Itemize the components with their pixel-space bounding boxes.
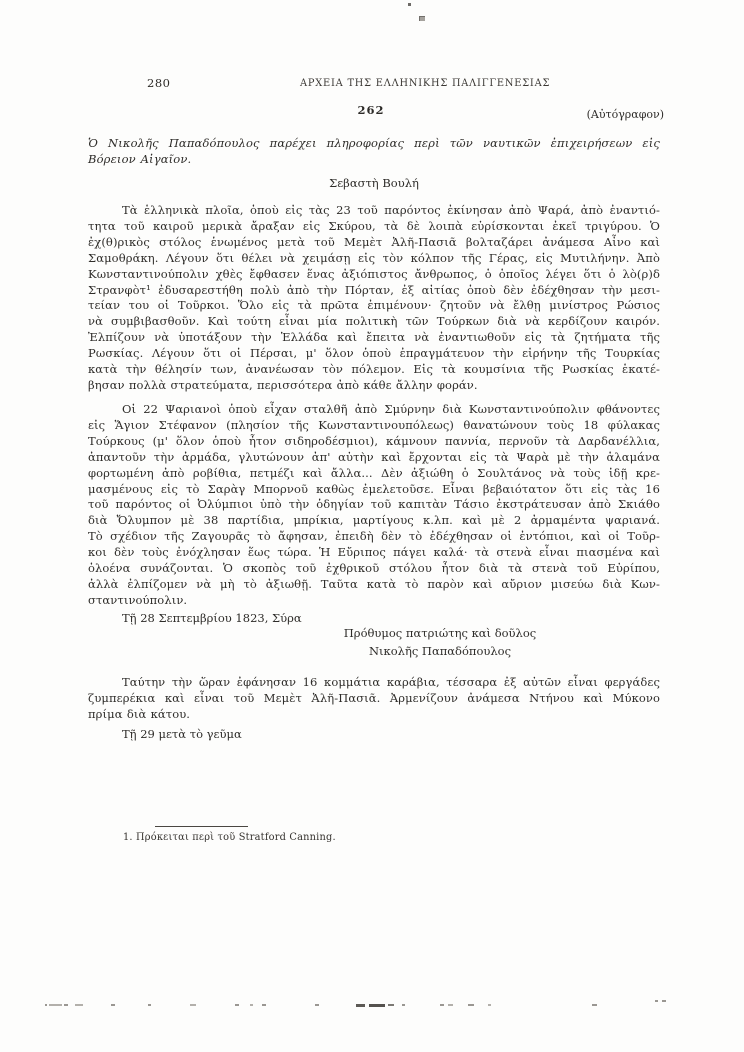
text-line: τοῦ παρόντος οἱ Ὀλύμπιοι ὑπὸ τὴν ὁδηγίαν… (88, 497, 660, 513)
text-line: ἐχ(θ)ρικὸς στόλος ἑνωμένος μετὰ τοῦ Μεμὲ… (88, 235, 660, 251)
text-line: τητα τοῦ καιροῦ μερικὰ ἄραξαν εἰς Σκύρου… (88, 219, 660, 235)
text-line: Ρωσκίας. Λέγουν ὅτι οἱ Πέρσαι, μ' ὅλον ὁ… (88, 346, 660, 362)
dateline: Τῇ 28 Σεπτεμβρίου 1823, Σύρα (122, 611, 302, 625)
text-line: Οἱ 22 Ψαριανοὶ ὁποὺ εἶχαν σταλθῆ ἀπὸ Σμύ… (88, 402, 660, 418)
signature-name: Νικολῆς Παπαδόπουλος (320, 642, 560, 660)
text-line: ζυμπερέκια καὶ εἶναι τοῦ Μεμὲτ Ἀλῆ-Πασιᾶ… (88, 691, 660, 707)
text-line: Τούρκους (μ' ὅλον ὁποὺ ἦτον σιδηροδέσμιο… (88, 434, 660, 450)
footnote: 1. Πρόκειται περὶ τοῦ Stratford Canning. (123, 832, 336, 843)
running-head: ΑΡΧΕΙΑ ΤΗΣ ΕΛΛΗΝΙΚΗΣ ΠΑΛΙΓΓΕΝΕΣΙΑΣ (300, 78, 500, 89)
salutation: Σεβαστὴ Βουλή (88, 176, 660, 190)
text-line: Κωνσταντινούπολιν χθὲς ἔφθασεν ἕνας ἀξιό… (88, 267, 660, 283)
text-line: Βόρειον Αἰγαῖον. (88, 151, 660, 167)
page-number: 280 (147, 76, 170, 90)
signature-block: Πρόθυμος πατριώτης καὶ δοῦλος Νικολῆς Πα… (320, 624, 560, 660)
autograph-note: (Αὐτόγραφον) (560, 108, 664, 121)
dateline-2: Τῇ 29 μετὰ τὸ γεῦμα (122, 727, 242, 741)
footnote-rule (155, 826, 248, 827)
text-line: φορτωμένη ἀπὸ ροβίθια, πετμέζι καὶ ἄλλα.… (88, 466, 660, 482)
text-line: σταντινούπολιν. (88, 593, 660, 609)
signature-role: Πρόθυμος πατριώτης καὶ δοῦλος (320, 624, 560, 642)
text-line: βησαν πολλὰ στρατεύματα, περισσότερα ἀπὸ… (88, 378, 660, 394)
text-line: Ὁ Νικολῆς Παπαδόπουλος παρέχει πληροφορί… (88, 135, 660, 151)
text-line: μασμένους εἰς τὸ Σαρὰγ Μπορνοῦ καθὼς ἐμε… (88, 482, 660, 498)
text-line: Ταύτην τὴν ὥραν ἐφάνησαν 16 κομμάτια καρ… (88, 675, 660, 691)
text-line: πρίμα διὰ κάτου. (88, 707, 660, 723)
text-line: Τὸ σχέδιον τῆς Ζαγουρᾶς τὸ ἄφησαν, ἐπειδ… (88, 529, 660, 545)
text-line: ἀπαντοῦν τὴν ἀρμάδα, γλυτώνουν ἀπ' αὐτὴν… (88, 450, 660, 466)
text-line: τείαν του οἱ Τοῦρκοι. Ὅλο εἰς τὰ πρῶτα ἐ… (88, 298, 660, 314)
scan-artifact-dot (408, 3, 411, 6)
text-line: ἀλλὰ ἐλπίζομεν νὰ μὴ τὸ ἀξιωθῇ. Ταῦτα κα… (88, 577, 660, 593)
text-line: εἰς Ἅγιον Στέφανον (πλησίον τῆς Κωνσταντ… (88, 418, 660, 434)
scanned-document-page: 280 ΑΡΧΕΙΑ ΤΗΣ ΕΛΛΗΝΙΚΗΣ ΠΑΛΙΓΓΕΝΕΣΙΑΣ 2… (0, 0, 744, 1052)
text-line: κατὰ τὴν θέλησίν των, ἀνανέωσαν τὸν πόλε… (88, 362, 660, 378)
text-line: Σαμοθράκη. Λέγουν ὅτι θέλει νὰ χειμάσῃ ε… (88, 251, 660, 267)
document-abstract: Ὁ Νικολῆς Παπαδόπουλος παρέχει πληροφορί… (88, 135, 660, 167)
scan-artifact-smudge (419, 16, 425, 21)
text-line: Τὰ ἑλληνικὰ πλοῖα, ὁποὺ εἰς τὰς 23 τοῦ π… (88, 203, 660, 219)
text-line: κοι δὲν τοὺς ἐνόχλησαν ἕως τώρα. Ἡ Εὔριπ… (88, 545, 660, 561)
postscript-paragraph: Ταύτην τὴν ὥραν ἐφάνησαν 16 κομμάτια καρ… (88, 675, 660, 723)
document-number: 262 (341, 103, 401, 117)
body-paragraph-1: Τὰ ἑλληνικὰ πλοῖα, ὁποὺ εἰς τὰς 23 τοῦ π… (88, 203, 660, 394)
text-line: Ἐλπίζουν νὰ ὑποτάξουν τὴν Ἑλλάδα καὶ ἔπε… (88, 330, 660, 346)
text-line: Στρανφὸτ¹ ἐδυσαρεστήθη πολὺ ἀπὸ τὴν Πόρτ… (88, 283, 660, 299)
text-line: νὰ συμβιβασθοῦν. Καὶ τούτη εἶναι μία πολ… (88, 314, 660, 330)
body-paragraph-2: Οἱ 22 Ψαριανοὶ ὁποὺ εἶχαν σταλθῆ ἀπὸ Σμύ… (88, 402, 660, 609)
text-line: διὰ Ὄλυμπον μὲ 38 παρτίδια, μπρίκια, μαρ… (88, 513, 660, 529)
text-line: ὁλοένα συνάζονται. Ὁ σκοπὸς τοῦ ἐχθρικοῦ… (88, 561, 660, 577)
